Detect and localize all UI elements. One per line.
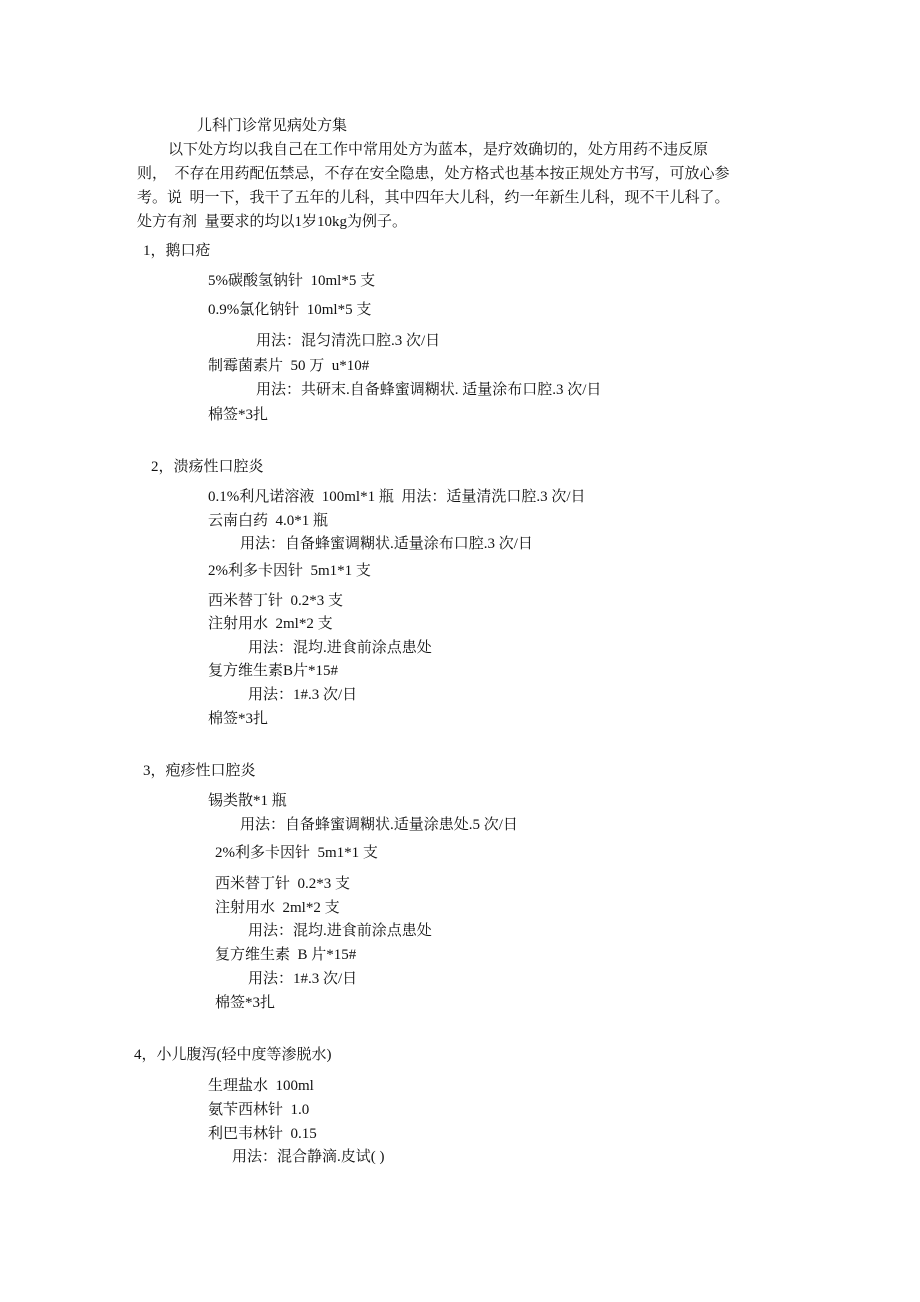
prescription-line: 0.9%氯化钠针 10ml*5 支 — [208, 301, 371, 319]
usage-line: 用法：混均.进食前涂点患处 — [248, 639, 432, 657]
prescription-line: 棉签*3扎 — [208, 406, 268, 424]
prescription-line: 注射用水 2ml*2 支 — [208, 615, 333, 633]
usage-line: 用法：自备蜂蜜调糊状.适量涂布口腔.3 次/日 — [240, 535, 533, 553]
prescription-line: 利巴韦林针 0.15 — [208, 1125, 317, 1143]
section-heading: 3，疱疹性口腔炎 — [143, 762, 256, 780]
usage-line: 用法：混均.进食前涂点患处 — [248, 922, 432, 940]
prescription-line: 生理盐水 100ml — [208, 1077, 314, 1095]
intro-line: 以下处方均以我自己在工作中常用处方为蓝本，是疗效确切的，处方用药不违反原 — [168, 141, 708, 159]
usage-line: 用法：1#.3 次/日 — [248, 970, 357, 988]
usage-line: 用法：混合静滴.皮试( ) — [232, 1148, 385, 1166]
prescription-line: 0.1%利凡诺溶液 100ml*1 瓶 用法：适量清洗口腔.3 次/日 — [208, 488, 586, 506]
prescription-line: 复方维生素 B 片*15# — [215, 946, 356, 964]
prescription-line: 2%利多卡因针 5m1*1 支 — [215, 844, 378, 862]
prescription-line: 锡类散*1 瓶 — [208, 792, 287, 810]
prescription-line: 5%碳酸氢钠针 10ml*5 支 — [208, 272, 375, 290]
document-title: 儿科门诊常见病处方集 — [197, 117, 347, 135]
prescription-line: 西米替丁针 0.2*3 支 — [208, 592, 343, 610]
usage-line: 用法：混匀清洗口腔.3 次/日 — [256, 332, 440, 350]
prescription-line: 氨苄西林针 1.0 — [208, 1101, 309, 1119]
usage-line: 用法：1#.3 次/日 — [248, 686, 357, 704]
prescription-line: 注射用水 2ml*2 支 — [215, 899, 340, 917]
section-heading: 1，鹅口疮 — [143, 242, 211, 260]
prescription-line: 棉签*3扎 — [208, 710, 268, 728]
intro-line: 则， 不存在用药配伍禁忌，不存在安全隐患，处方格式也基本按正规处方书写，可放心参 — [137, 165, 730, 183]
prescription-line: 西米替丁针 0.2*3 支 — [215, 875, 350, 893]
intro-line: 处方有剂 量要求的均以1岁10kg为例子。 — [137, 213, 407, 231]
section-heading: 2，溃疡性口腔炎 — [151, 458, 264, 476]
section-heading: 4，小儿腹泻(轻中度等渗脱水) — [134, 1046, 332, 1064]
prescription-line: 云南白药 4.0*1 瓶 — [208, 512, 328, 530]
usage-line: 用法：自备蜂蜜调糊状.适量涂患处.5 次/日 — [240, 816, 518, 834]
prescription-line: 棉签*3扎 — [215, 994, 275, 1012]
prescription-line: 复方维生素B片*15# — [208, 662, 338, 680]
prescription-line: 制霉菌素片 50 万 u*10# — [208, 357, 369, 375]
intro-line: 考。说 明一下，我干了五年的儿科，其中四年大儿科，约一年新生儿科，现不干儿科了。 — [137, 189, 730, 207]
prescription-line: 2%利多卡因针 5m1*1 支 — [208, 562, 371, 580]
usage-line: 用法：共研末.自备蜂蜜调糊状. 适量涂布口腔.3 次/日 — [256, 381, 601, 399]
